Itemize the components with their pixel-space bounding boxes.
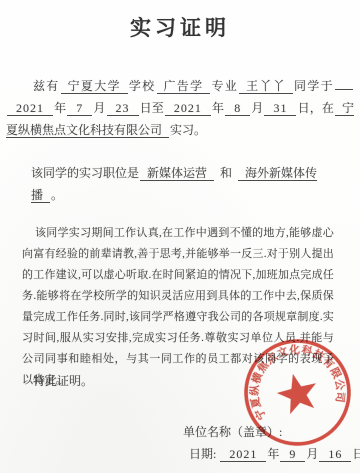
school-name-field: 宁夏大学 <box>61 79 128 94</box>
year-label: 年 <box>212 101 224 115</box>
end-year-field: 2021 <box>165 101 211 116</box>
text-segment: 兹有 <box>33 79 60 93</box>
text-segment: 日至 <box>140 101 164 115</box>
end-day-field: 31 <box>264 101 296 116</box>
certificate-page: 实习证明 兹有宁夏大学学校广告学专业王丫丫同学于2021年7月23日至2021年… <box>0 0 360 473</box>
student-name-field: 王丫丫 <box>239 79 293 94</box>
text-segment: 实习。 <box>170 123 206 137</box>
school-label: 学校 <box>129 79 156 93</box>
closing-statement: 特此证明。 <box>33 371 93 392</box>
text-segment: 同学于 <box>294 79 334 93</box>
major-label: 专业 <box>211 79 238 93</box>
year-label: 年 <box>54 101 66 115</box>
text-segment: 日，在 <box>297 101 334 115</box>
start-year-field: 2021 <box>7 101 53 116</box>
position-paragraph: 该同学的实习职位是新媒体运营和海外新媒体传播。 <box>31 162 340 206</box>
text-segment: 和 <box>220 166 232 180</box>
month-label: 月 <box>251 101 263 115</box>
major-field: 广告学 <box>157 79 211 94</box>
intro-paragraph: 兹有宁夏大学学校广告学专业王丫丫同学于2021年7月23日至2021年8月31日… <box>6 75 354 141</box>
blank-line <box>335 76 353 90</box>
position-field-1: 新媒体运营 <box>140 166 214 181</box>
date-label: 日期: <box>189 447 216 461</box>
month-label: 月 <box>306 447 318 461</box>
end-month-field: 8 <box>225 101 250 116</box>
day-label: 日 <box>352 447 360 461</box>
company-seal: 宁夏纵横焦点文化科技有限公司 <box>234 329 360 457</box>
month-label: 月 <box>93 101 105 115</box>
text-segment: 该同学的实习职位是 <box>31 166 139 180</box>
seal-star-icon <box>273 369 321 416</box>
start-month-field: 7 <box>67 101 92 116</box>
start-day-field: 23 <box>107 101 139 116</box>
certificate-title: 实习证明 <box>0 15 360 42</box>
date-day-field: 16 <box>319 447 351 462</box>
text-segment: 。 <box>51 188 63 202</box>
